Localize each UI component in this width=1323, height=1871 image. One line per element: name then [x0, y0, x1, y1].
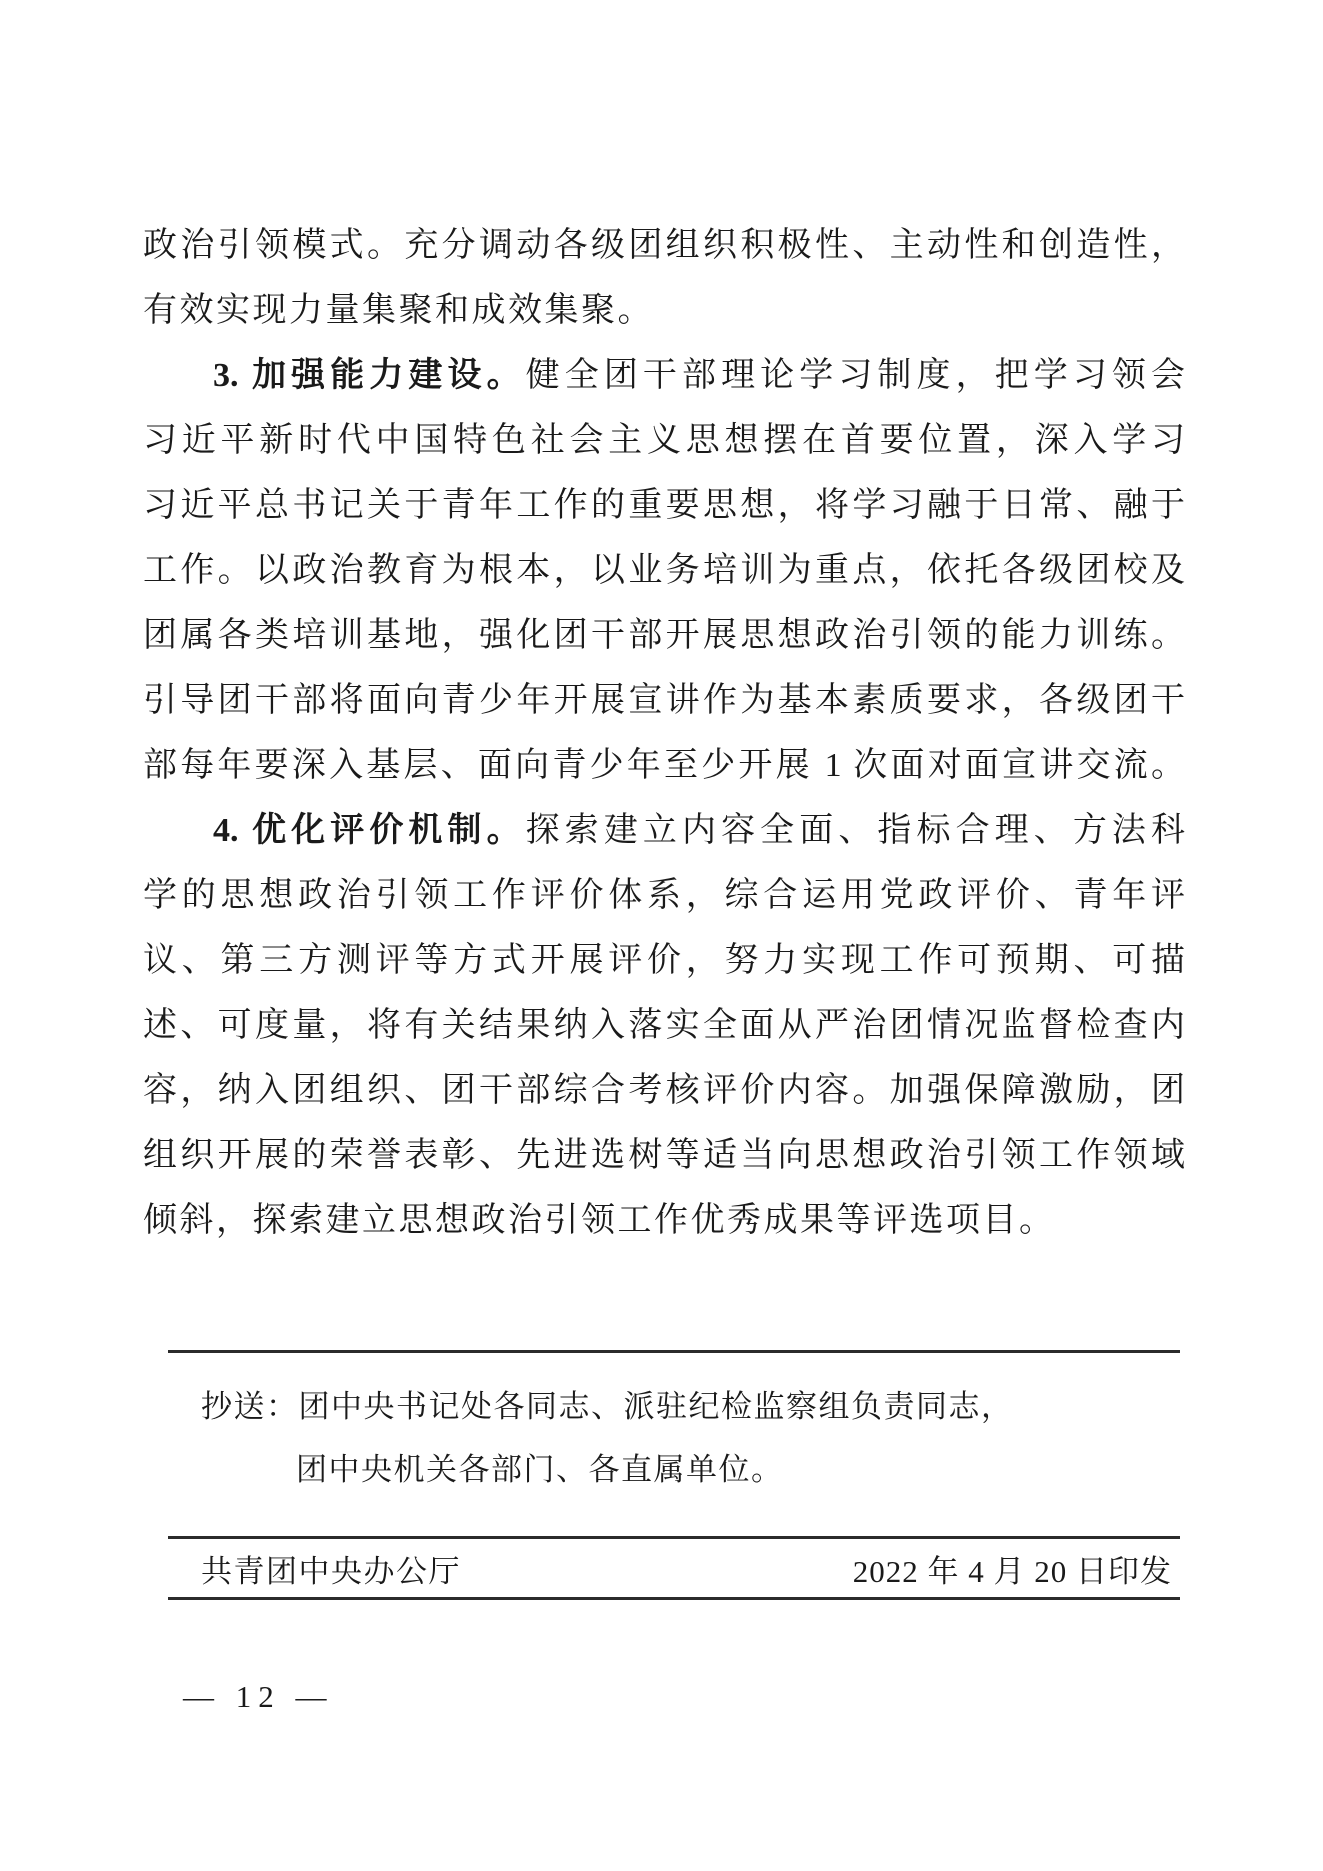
- document-body: 政治引领模式。充分调动各级团组织积极性、主动性和创造性，有效实现力量集聚和成效集…: [143, 213, 1185, 1253]
- document-page: 政治引领模式。充分调动各级团组织积极性、主动性和创造性，有效实现力量集聚和成效集…: [0, 0, 1323, 1871]
- issuer-footer: 共青团中央办公厅 2022 年 4 月 20 日印发: [168, 1536, 1180, 1600]
- body-line: 有效实现力量集聚和成效集聚。: [143, 278, 1185, 343]
- body-line: 工作。以政治教育为根本，以业务培训为重点，依托各级团校及: [143, 538, 1185, 603]
- body-line: 容，纳入团组织、团干部综合考核评价内容。加强保障激励，团: [143, 1058, 1185, 1123]
- print-date: 2022 年 4 月 20 日印发: [853, 1546, 1172, 1591]
- cc-line: 团中央机关各部门、各直属单位。: [168, 1438, 1180, 1501]
- body-line: 政治引领模式。充分调动各级团组织积极性、主动性和创造性，: [143, 213, 1185, 278]
- cc-label: 抄送：: [201, 1389, 299, 1424]
- cc-line-text: 团中央机关各部门、各直属单位。: [296, 1452, 784, 1487]
- body-line: 学的思想政治引领工作评价体系，综合运用党政评价、青年评: [143, 863, 1185, 928]
- body-line: 4. 优化评价机制。探索建立内容全面、指标合理、方法科: [143, 798, 1185, 863]
- body-line: 组织开展的荣誉表彰、先进选树等适当向思想政治引领工作领域: [143, 1123, 1185, 1188]
- paragraph-heading: 3. 加强能力建设。: [213, 357, 526, 394]
- body-line: 倾斜，探索建立思想政治引领工作优秀成果等评选项目。: [143, 1188, 1185, 1253]
- body-line: 习近平总书记关于青年工作的重要思想，将学习融于日常、融于: [143, 473, 1185, 538]
- body-line: 3. 加强能力建设。健全团干部理论学习制度，把学习领会: [143, 343, 1185, 408]
- body-line: 团属各类培训基地，强化团干部开展思想政治引领的能力训练。: [143, 603, 1185, 668]
- cc-line-text: 团中央书记处各同志、派驻纪检监察组负责同志，: [299, 1389, 1014, 1424]
- body-line: 引导团干部将面向青少年开展宣讲作为基本素质要求，各级团干: [143, 668, 1185, 733]
- body-line: 议、第三方测评等方式开展评价，努力实现工作可预期、可描: [143, 928, 1185, 993]
- body-line: 习近平新时代中国特色社会主义思想摆在首要位置，深入学习: [143, 408, 1185, 473]
- cc-block: 抄送：团中央书记处各同志、派驻纪检监察组负责同志， 团中央机关各部门、各直属单位…: [168, 1350, 1180, 1501]
- body-line: 述、可度量，将有关结果纳入落实全面从严治团情况监督检查内: [143, 993, 1185, 1058]
- paragraph-heading: 4. 优化评价机制。: [213, 812, 526, 849]
- page-number: — 12 —: [183, 1672, 334, 1722]
- body-line: 部每年要深入基层、面向青少年至少开展 1 次面对面宣讲交流。: [143, 733, 1185, 798]
- issuer-name: 共青团中央办公厅: [201, 1546, 461, 1591]
- cc-line: 抄送：团中央书记处各同志、派驻纪检监察组负责同志，: [168, 1375, 1180, 1438]
